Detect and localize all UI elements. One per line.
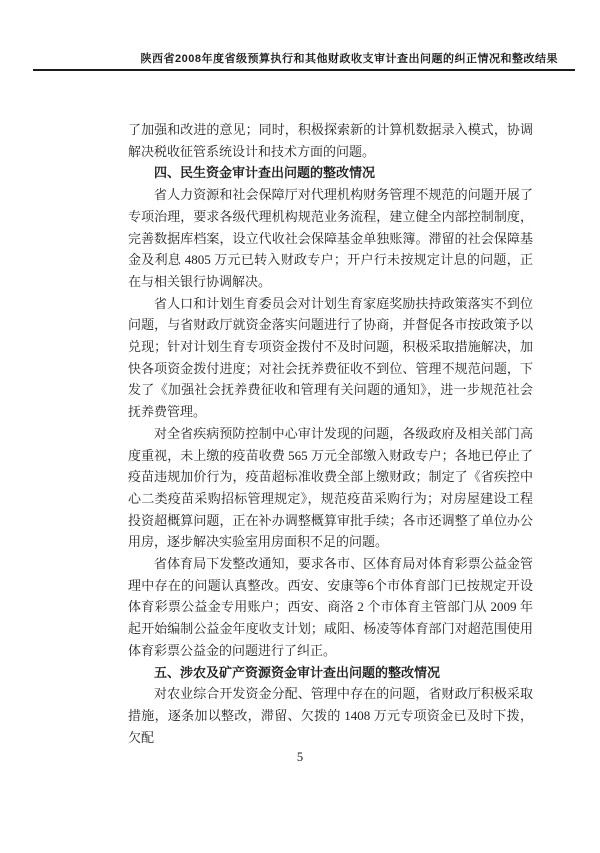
page-header-title: 陕西省2008年度省级预算执行和其他财政收支审计查出问题的纠正情况和整改结果 — [141, 50, 558, 66]
header-rule — [33, 69, 575, 72]
document-page: 陕西省2008年度省级预算执行和其他财政收支审计查出问题的纠正情况和整改结果 了… — [0, 0, 600, 853]
paragraph: 省人力资源和社会保障厅对代理机构财务管理不规范的问题开展了专项治理，要求各级代理… — [128, 184, 533, 293]
document-body: 了加强和改进的意见；同时，积极探索新的计算机数据录入模式，协调解决税收征管系统设… — [128, 119, 533, 748]
paragraph: 对农业综合开发资金分配、管理中存在的问题，省财政厅积极采取措施，逐条加以整改，滞… — [128, 683, 533, 748]
paragraph: 了加强和改进的意见；同时，积极探索新的计算机数据录入模式，协调解决税收征管系统设… — [128, 119, 533, 162]
page-number: 5 — [0, 750, 600, 765]
paragraph: 省人口和计划生育委员会对计划生育家庭奖励扶持政策落实不到位问题，与省财政厅就资金… — [128, 293, 533, 423]
paragraph: 省体育局下发整改通知，要求各市、区体育局对体育彩票公益金管理中存在的问题认真整改… — [128, 553, 533, 662]
paragraph: 对全省疾病预防控制中心审计发现的问题，各级政府及相关部门高度重视，未上缴的疫苗收… — [128, 423, 533, 553]
section-heading: 五、涉农及矿产资源资金审计查出问题的整改情况 — [128, 662, 533, 684]
section-heading: 四、民生资金审计查出问题的整改情况 — [128, 162, 533, 184]
